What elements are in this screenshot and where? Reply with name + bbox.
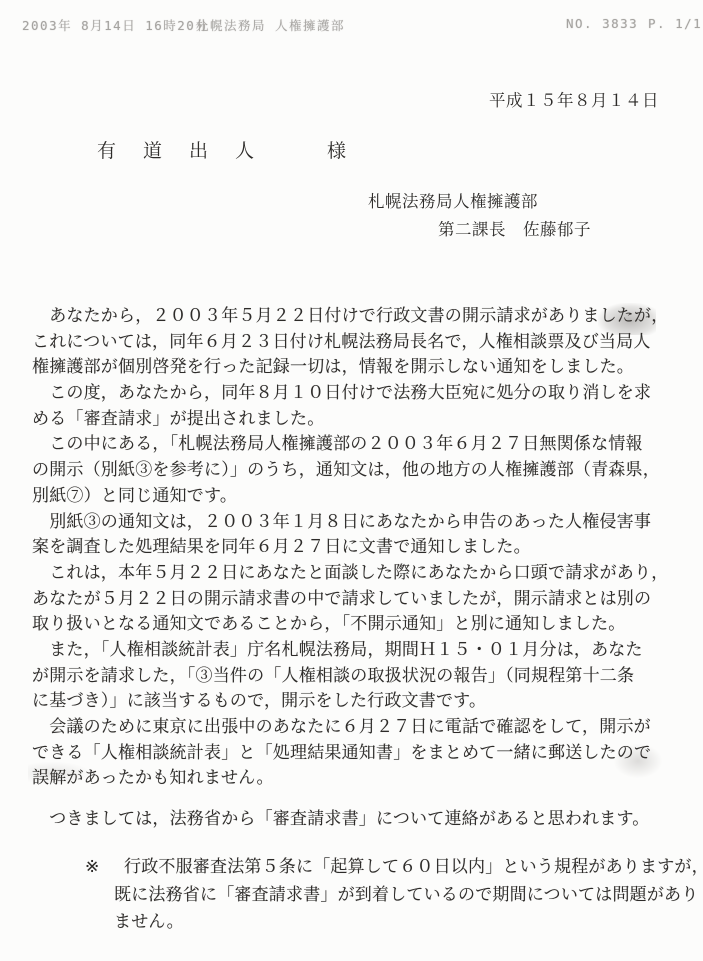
recipient-name: 有 道 出 人 様 [97, 136, 350, 163]
closing-paragraph: つきましては，法務省から「審査請求書」について連絡があると思われます。 [32, 806, 692, 832]
footnote-line: 行政不服審査法第５条に「起算して６０日以内」という規程がありますが， [124, 853, 703, 881]
body-line: める「審査請求」が提出されました。 [32, 406, 692, 432]
body-line: あなたが５月２２日の開示請求書の中で請求していましたが，開示請求とは別の [32, 586, 692, 612]
body-line: に基づき）」に該当するもので，開示をした行政文書です。 [32, 688, 692, 714]
footnote-line: 既に法務省に「審査請求書」が到着しているので期間については問題があり [114, 881, 703, 909]
body-line: あなたから，２００３年５月２２日付けで行政文書の開示請求がありましたが， [32, 303, 692, 329]
reference-mark: ※ [85, 853, 99, 881]
document-date: 平成１５年８月１４日 [489, 87, 659, 111]
body-line: 会議のために東京に出張中のあなたに６月２７日に電話で確認をして，開示が [32, 714, 692, 740]
fax-document-page: 2003年 8月14日 16時20分 札幌法務局 人権擁護部 NO. 3833 … [0, 0, 703, 961]
footnote-line: ません。 [114, 908, 703, 936]
letter-body: あなたから，２００３年５月２２日付けで行政文書の開示請求がありましたが， これに… [32, 303, 692, 791]
body-line: 誤解があったかも知れません。 [32, 765, 692, 791]
footnote-text: 行政不服審査法第５条に「起算して６０日以内」という規程がありますが， 既に法務省… [124, 853, 703, 936]
body-line: が開示を請求した，「③当件の「人権相談の取扱状況の報告」（同規程第十二条 [32, 663, 692, 689]
closing-line: つきましては，法務省から「審査請求書」について連絡があると思われます。 [32, 806, 692, 832]
body-line: できる「人権相談統計表」と「処理結果通知書」をまとめて一緒に郵送したので [32, 740, 692, 766]
body-line: 案を調査した処理結果を同年６月２７日に文書で通知しました。 [32, 534, 692, 560]
body-line: これは，本年５月２２日にあなたと面談した際にあなたから口頭で請求があり， [32, 560, 692, 586]
fax-page-indicator: P. 1/1 [648, 16, 702, 31]
body-line: 権擁護部が個別啓発を行った記録一切は，情報を開示しない通知をしました。 [32, 354, 692, 380]
body-line: これについては，同年６月２３日付け札幌法務局長名で，人権相談票及び当局人 [32, 329, 692, 355]
body-line: この度，あなたから，同年８月１０日付けで法務大臣宛に処分の取り消しを求 [32, 380, 692, 406]
fax-number: NO. 3833 [566, 16, 638, 31]
body-line: この中にある，「札幌法務局人権擁護部の２００３年６月２７日無関係な情報 [32, 431, 692, 457]
fax-station-name: 札幌法務局 人権擁護部 [196, 16, 345, 34]
body-line: 取り扱いとなる通知文であることから，「不開示通知」と別に通知しました。 [32, 611, 692, 637]
body-line: 別紙③の通知文は，２００３年１月８日にあなたから申告のあった人権侵害事 [32, 509, 692, 535]
body-line: の開示（別紙③を参考に）」のうち，通知文は，他の地方の人権擁護部（青森県， [32, 457, 692, 483]
body-line: 別紙⑦）と同じ通知です。 [32, 483, 692, 509]
fax-datetime: 2003年 8月14日 16時20分 [22, 16, 209, 34]
body-line: また，「人権相談統計表」庁名札幌法務局，期間Ｈ１５・０１月分は，あなた [32, 637, 692, 663]
sender-title-and-name: 第二課長 佐藤郁子 [438, 216, 591, 240]
sender-organization: 札幌法務局人権擁護部 [368, 188, 538, 212]
